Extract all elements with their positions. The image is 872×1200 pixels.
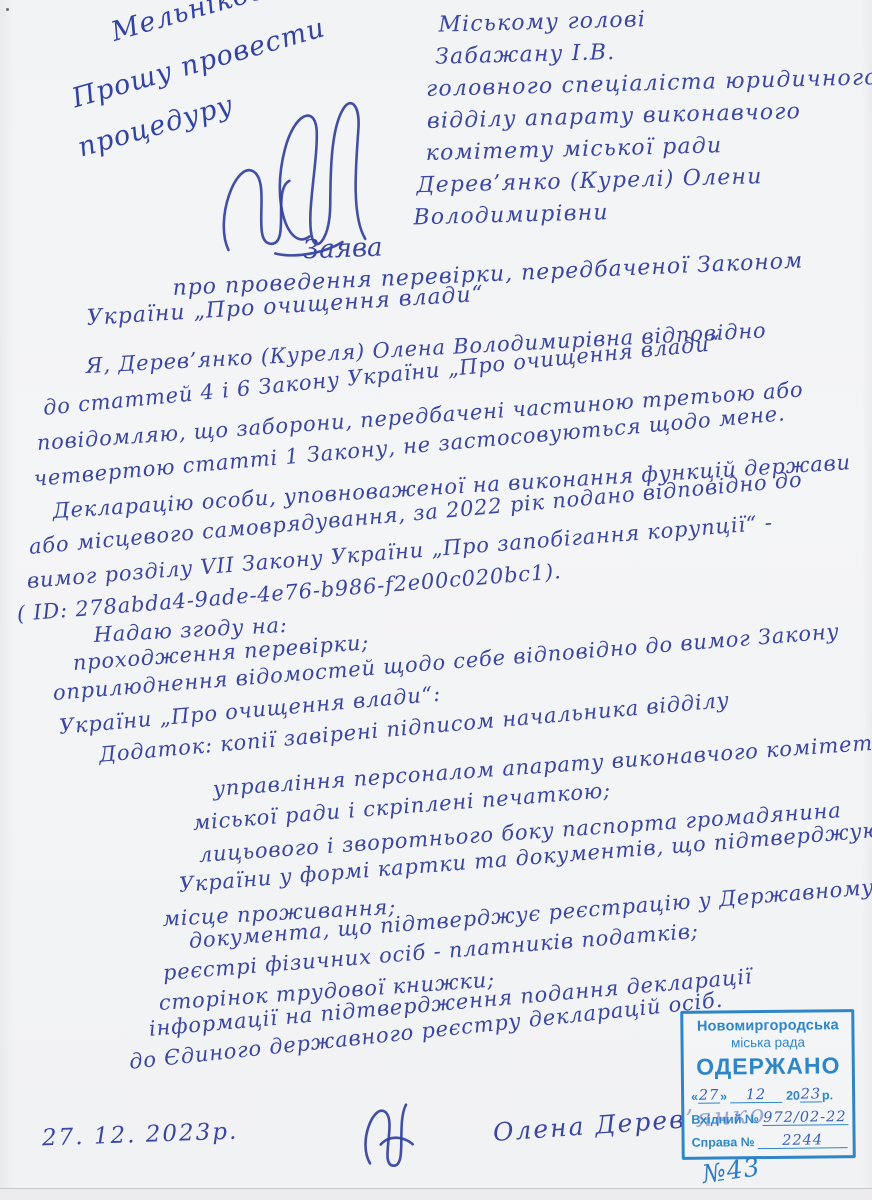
- stamp-case-number: 2244: [758, 1131, 848, 1149]
- stamp-received-label: ОДЕРЖАНО: [691, 1052, 846, 1081]
- stamp-incoming-label: Вхідний №: [691, 1112, 759, 1127]
- document-title: Заява: [303, 233, 384, 266]
- stamp-date-row: «27» 12 2023р.: [691, 1085, 846, 1104]
- stamp-org-type: міська рада: [690, 1034, 845, 1051]
- stamp-date-day: 27: [698, 1087, 720, 1104]
- stamp-org-name: Новомиргородська: [690, 1017, 845, 1035]
- scan-speck: [6, 8, 9, 11]
- stamp-date-month: 12: [730, 1086, 782, 1104]
- stamp-date-suffix: р.: [822, 1088, 833, 1102]
- scan-edge-artifact: [0, 1188, 872, 1200]
- stamp-case-row: Справа № 2244: [692, 1131, 847, 1150]
- scanned-document-page: Мельнікова І.В.Прошу провестипроцедуру М…: [0, 0, 872, 1200]
- stamp-date-close-quote: »: [720, 1089, 727, 1103]
- stamp-case-label: Справа №: [692, 1135, 755, 1150]
- stamp-date-year: 23: [800, 1085, 822, 1102]
- stamp-date-year-prefix: 20: [786, 1089, 800, 1103]
- addressee-block: Міському головіЗабажану І.В.головного сп…: [424, 0, 872, 234]
- stamp-incoming-number: 972/02-22: [762, 1108, 848, 1126]
- received-stamp: Новомиргородська міська рада ОДЕРЖАНО «2…: [680, 1009, 856, 1160]
- document-date: 27. 12. 2023р.: [42, 1119, 239, 1152]
- applicant-signature: [349, 1086, 427, 1183]
- stamp-incoming-row: Вхідний № 972/02-22: [691, 1108, 846, 1127]
